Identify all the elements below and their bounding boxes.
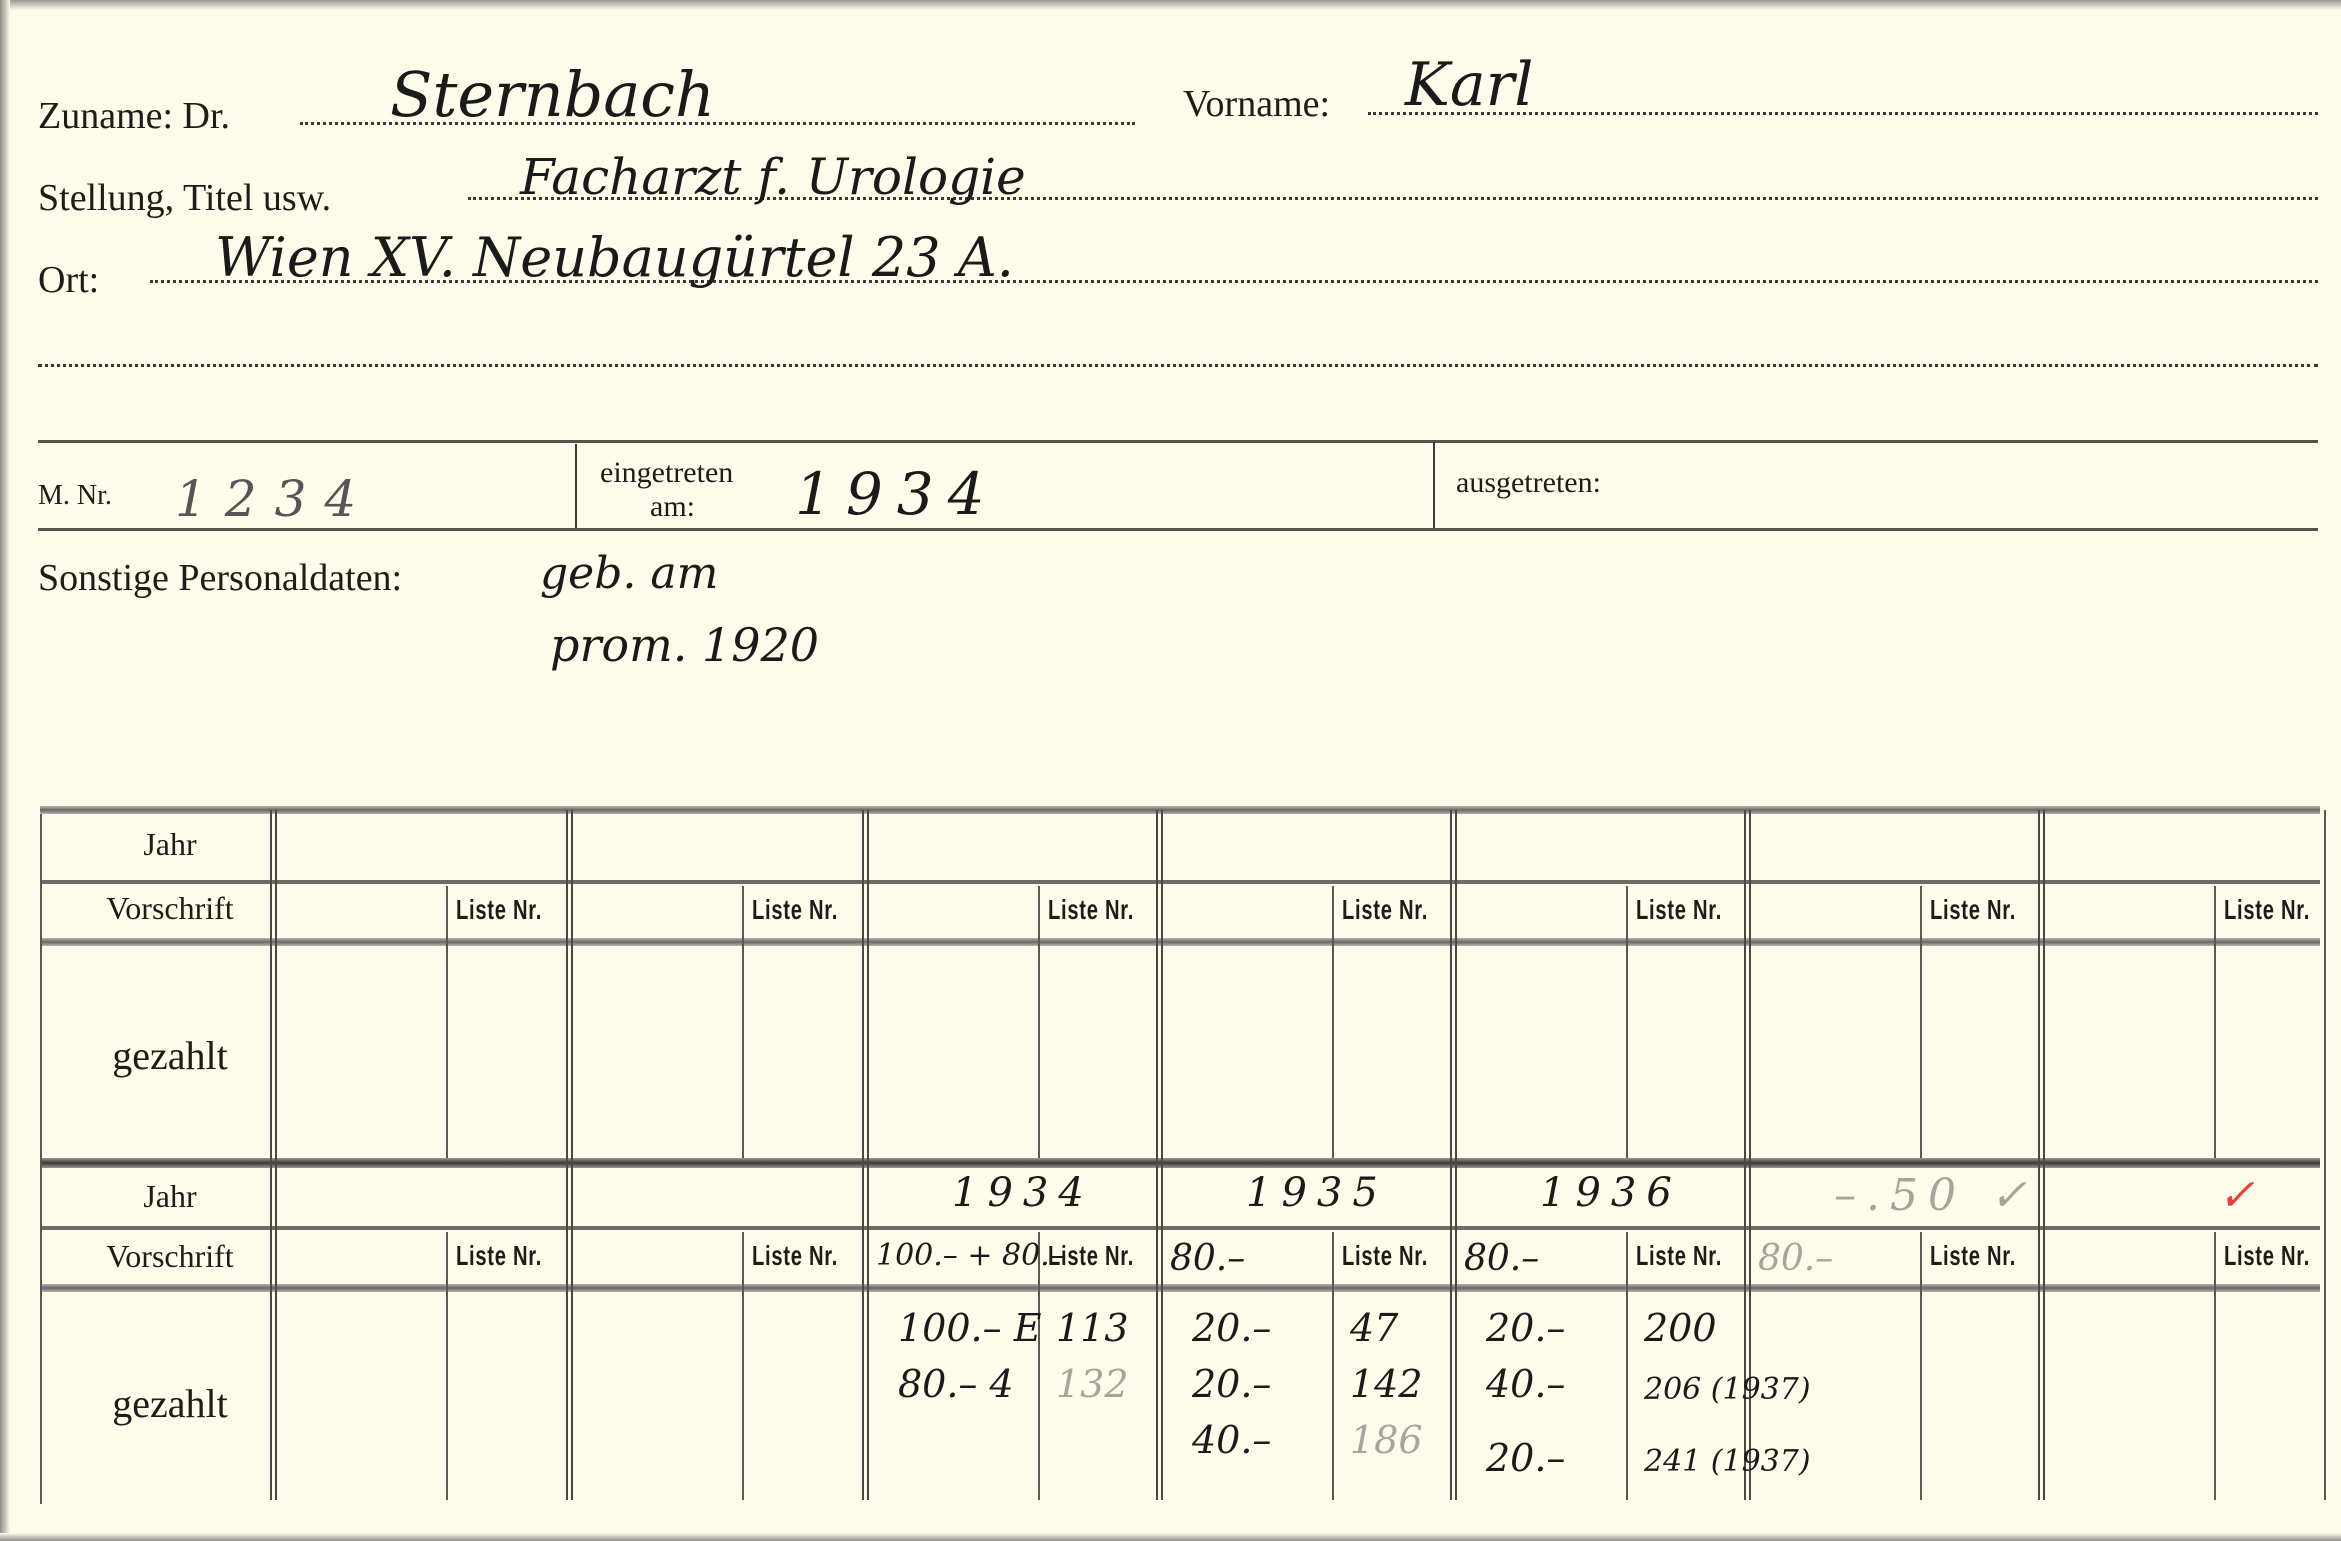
personal-line-2: prom. 1920 [550,618,819,672]
liste-divider [446,886,448,1158]
liste-value: 132 [1056,1362,1129,1406]
liste-value: 241 (1937) [1644,1444,1811,1479]
gezahlt-value: 80.– 4 [898,1362,1014,1406]
liste-nr-label: Liste Nr. [1930,894,2016,926]
liste-divider [1626,886,1628,1158]
upper-vorschrift-label: Vorschrift [60,890,280,927]
gezahlt-value: 100.– E [898,1306,1041,1350]
lower-gezahlt-label: gezahlt [60,1380,280,1427]
liste-value: 142 [1350,1362,1423,1406]
table-rule [40,1284,2320,1292]
liste-nr-label: Liste Nr. [1930,1240,2016,1272]
gezahlt-value: 20.– [1192,1362,1271,1406]
upper-gezahlt-label: gezahlt [60,1032,280,1079]
membership-divider-1 [575,444,577,528]
liste-value: 206 (1937) [1644,1372,1811,1407]
table-rule [40,880,2320,884]
column-divider [566,810,573,1500]
table-left-border [40,814,42,1504]
liste-nr-label: Liste Nr. [2224,1240,2310,1272]
liste-nr-label: Liste Nr. [2224,894,2310,926]
liste-nr-label: Liste Nr. [456,1240,542,1272]
lower-jahr-label: Jahr [60,1178,280,1215]
card-edge-bottom [0,1533,2341,1541]
upper-jahr-label: Jahr [60,826,280,863]
year-value: 1936 [1540,1170,1682,1216]
table-right-border [2324,810,2326,1500]
table-rule [40,938,2320,946]
liste-divider [2214,1232,2216,1500]
year-value: 1934 [952,1170,1094,1216]
gezahlt-value: 20.– [1486,1306,1565,1350]
vorname-label: Vorname: [1183,82,1330,126]
gezahlt-value: 40.– [1192,1418,1271,1462]
table-rule [40,806,2320,814]
liste-nr-label: Liste Nr. [752,894,838,926]
liste-nr-label: Liste Nr. [1342,894,1428,926]
vorname-value: Karl [1405,50,1533,120]
liste-nr-label: Liste Nr. [456,894,542,926]
column-divider [270,810,277,1500]
liste-nr-label: Liste Nr. [1636,894,1722,926]
table-rule [40,1158,2320,1168]
blank-dotted-line [38,364,2318,367]
liste-divider [1920,886,1922,1158]
year-value: ✓ [2218,1170,2265,1221]
liste-nr-label: Liste Nr. [1342,1240,1428,1272]
liste-nr-label: Liste Nr. [752,1240,838,1272]
year-value: –.50 ✓ [1834,1170,2037,1221]
column-divider [2038,810,2045,1500]
liste-divider [742,886,744,1158]
vorschrift-value: 80.– [1464,1238,1539,1279]
lower-vorschrift-label: Vorschrift [60,1238,280,1275]
membership-divider-2 [1433,442,1435,528]
gezahlt-value: 20.– [1486,1436,1565,1480]
liste-divider [1626,1232,1628,1500]
eingetreten-label: eingetreten [600,456,733,490]
vorschrift-value: 80.– [1170,1238,1245,1279]
liste-divider [2214,886,2216,1158]
stellung-value: Facharzt f. Urologie [520,148,1026,206]
eingetreten-value: 1934 [795,460,999,528]
liste-divider [1920,1232,1922,1500]
member-index-card: Zuname: Dr. Sternbach Vorname: Karl Stel… [0,0,2341,1541]
liste-value: 186 [1350,1418,1423,1462]
dues-table: Jahr Vorschrift gezahlt Jahr Vorschrift … [40,806,2320,1506]
personal-line-1: geb. am [540,548,718,599]
membership-top-rule [38,440,2318,443]
liste-nr-label: Liste Nr. [1636,1240,1722,1272]
mnr-label: M. Nr. [38,480,112,512]
liste-value: 200 [1644,1306,1717,1350]
liste-divider [742,1232,744,1500]
liste-divider [1332,886,1334,1158]
column-divider [862,810,869,1500]
table-rule [40,1226,2320,1230]
liste-nr-label: Liste Nr. [1048,894,1134,926]
liste-divider [1332,1232,1334,1500]
column-divider [1156,810,1163,1500]
column-divider [1450,810,1457,1500]
zuname-label: Zuname: Dr. [38,94,230,138]
ort-label: Ort: [38,258,99,302]
card-edge-top [0,0,2341,10]
personal-label: Sonstige Personaldaten: [38,556,402,600]
ort-value: Wien XV. Neubaugürtel 23 A. [215,226,1014,289]
liste-value: 47 [1350,1306,1398,1350]
eingetreten-am-label: am: [650,490,695,524]
membership-bottom-rule [38,528,2318,531]
mnr-value: 1234 [175,470,374,528]
liste-divider [1038,886,1040,1158]
stellung-label: Stellung, Titel usw. [38,176,331,220]
liste-divider [446,1232,448,1500]
gezahlt-value: 20.– [1192,1306,1271,1350]
liste-value: 113 [1056,1306,1129,1350]
year-value: 1935 [1246,1170,1388,1216]
gezahlt-value: 40.– [1486,1362,1565,1406]
vorschrift-value: 80.– [1758,1238,1833,1279]
vorschrift-value: 100.– + 80.– [876,1238,1065,1273]
card-edge-left [0,0,10,1541]
ausgetreten-label: ausgetreten: [1456,466,1601,500]
zuname-value: Sternbach [390,58,715,131]
